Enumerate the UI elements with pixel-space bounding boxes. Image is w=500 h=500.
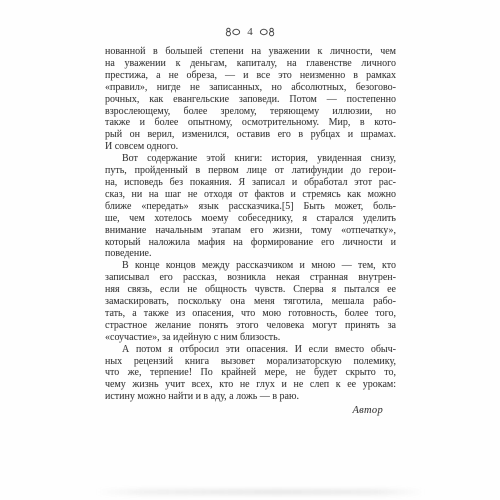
text-line: И совсем одного. (105, 141, 396, 153)
text-line: внимание начальным этапам его жизни, том… (105, 225, 396, 237)
fleuron-left-icon (225, 27, 241, 37)
text-line: что же, терпение! По крайней мере, не бу… (105, 367, 396, 379)
text-line: ближе «передать» язык рассказчика.[5] Бы… (105, 201, 396, 213)
scan-smudge (95, 489, 425, 495)
text-line: сказ, ни на шаг не отходя от фактов и ст… (105, 189, 396, 201)
text-line: «правил», нигде не записанных, но абсолю… (105, 82, 396, 94)
text-line: рочных, как евангельские заповеди. Потом… (105, 94, 396, 106)
text-line: путь, пройденный в первом лице от латифу… (105, 165, 396, 177)
text-line: «соучастие», за идейную с ним близость. (105, 332, 396, 344)
text-line: ше, чем хотелось моему собеседнику, я ст… (105, 213, 396, 225)
page-header: 4 (0, 26, 500, 38)
text-line: истину можно найти и в аду, а ложь — в р… (105, 391, 396, 403)
book-page: 4 нованной в большей степени на уважении… (0, 0, 500, 500)
paragraph: В конце концов между рассказчиком и мною… (105, 260, 396, 343)
paragraph: А потом я отбросил эти опасения. И если … (105, 344, 396, 404)
text-line: рый он верил, изменился, оставив его в р… (105, 129, 396, 141)
fleuron-right-icon (259, 27, 275, 37)
page-number: 4 (247, 26, 253, 38)
text-line: замаскировать, поскольку она меня тяготи… (105, 296, 396, 308)
text-line: нованной в большей степени на уважении к… (105, 46, 396, 58)
text-line: престижа, а не обреза, — и все это неизм… (105, 70, 396, 82)
text-line: на уважении к деньгам, капиталу, на глав… (105, 58, 396, 70)
text-line: который наложила мафия на формирование е… (105, 237, 396, 249)
text-line: поведение. (105, 248, 396, 260)
text-line: В конце концов между рассказчиком и мною… (105, 260, 396, 272)
text-line: тать, а также из опасения, что мою готов… (105, 308, 396, 320)
text-line: страстное желание понять этого человека … (105, 320, 396, 332)
text-line: А потом я отбросил эти опасения. И если … (105, 344, 396, 356)
text-line: чему жизнь учит всех, кто не глух и не с… (105, 379, 396, 391)
author-signature: Автор (105, 405, 396, 417)
text-line: записывал его рассказ, возникла некая ст… (105, 272, 396, 284)
text-line: Вот содержание этой книги: история, увид… (105, 153, 396, 165)
page-text: нованной в большей степени на уважении к… (105, 46, 396, 417)
text-line: ных рецензий книга вызовет морализаторск… (105, 356, 396, 368)
paragraph: нованной в большей степени на уважении к… (105, 46, 396, 153)
text-line: взрослеющему, более зрелому, теряющему и… (105, 106, 396, 118)
text-line: няя связь, если не общность чувств. Спер… (105, 284, 396, 296)
paragraphs-container: нованной в большей степени на уважении к… (105, 46, 396, 403)
text-line: на, исповедь без покаяния. Я записал и о… (105, 177, 396, 189)
paragraph: Вот содержание этой книги: история, увид… (105, 153, 396, 260)
text-line: также и более опытному, осмотрительному.… (105, 117, 396, 129)
